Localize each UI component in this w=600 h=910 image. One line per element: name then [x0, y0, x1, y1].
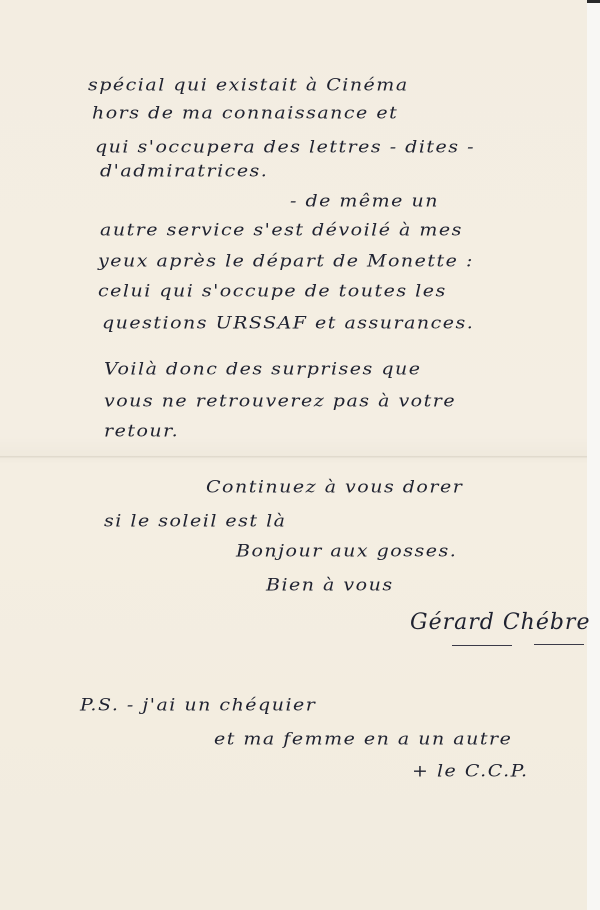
postscript-line: et ma femme en a un autre: [214, 729, 512, 749]
postscript-line: + le C.C.P.: [412, 761, 529, 781]
fold-line: [0, 456, 587, 458]
closing-line: si le soleil est là: [104, 511, 287, 531]
closing-line: Continuez à vous dorer: [206, 477, 463, 497]
body-line: retour.: [104, 421, 179, 441]
postscript-line: P.S. - j'ai un chéquier: [80, 695, 316, 715]
body-line: Voilà donc des surprises que: [104, 359, 421, 379]
page-edge: [587, 0, 600, 910]
body-line: d'admiratrices.: [100, 161, 268, 181]
body-line: questions URSSAF et assurances.: [102, 313, 474, 333]
signature: Gérard Chébre: [410, 610, 590, 635]
closing-line: Bonjour aux gosses.: [236, 541, 457, 561]
scan-edge-mark: [587, 0, 600, 3]
body-line: spécial qui existait à Cinéma: [88, 75, 409, 95]
body-line: yeux après le départ de Monette :: [98, 251, 474, 271]
signature-underline: [452, 645, 512, 646]
body-line: celui qui s'occupe de toutes les: [98, 281, 447, 301]
body-line: - de même un: [290, 191, 439, 211]
body-line: vous ne retrouverez pas à votre: [104, 391, 456, 411]
body-line: autre service s'est dévoilé à mes: [100, 220, 463, 240]
body-line: qui s'occupera des lettres - dites -: [95, 137, 475, 157]
closing-line: Bien à vous: [266, 575, 394, 595]
signature-underline: [534, 644, 584, 645]
body-line: hors de ma connaissance et: [92, 103, 398, 123]
